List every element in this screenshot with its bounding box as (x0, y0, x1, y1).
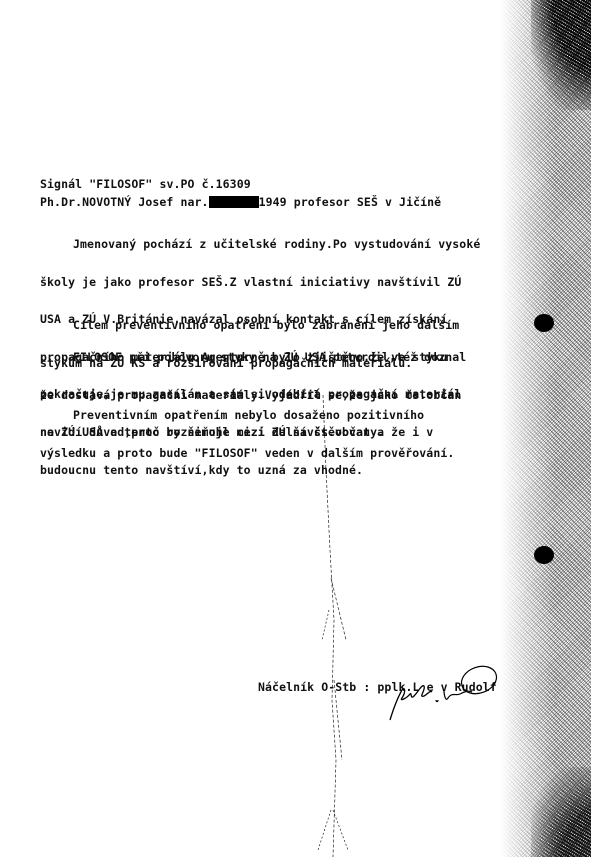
codename: "FILOSOF" (89, 177, 152, 191)
text-line: FILOSOF při pohovoru styky na ZÚ USA pot… (40, 351, 466, 364)
punch-hole-icon (534, 546, 554, 564)
paragraph-conclusion: Preventivním opatřením nebylo dosaženo p… (40, 384, 454, 484)
register-number: sv.PO č.16309 (159, 177, 250, 191)
text-line: školy je jako profesor SEŠ.Z vlastní ini… (40, 276, 480, 289)
text-line: Jmenovaný pochází z učitelské rodiny.Po … (40, 238, 480, 251)
text-line: Preventivním opatřením nebylo dosaženo p… (40, 409, 454, 422)
scanned-document-page: Signál "FILOSOF" sv.PO č.16309 Ph.Dr.NOV… (0, 0, 591, 857)
text-line: výsledku a proto bude "FILOSOF" veden v … (40, 447, 454, 460)
handwritten-signature-icon (372, 662, 502, 724)
scan-edge-dark-top (531, 0, 591, 110)
signal-line: Signál "FILOSOF" sv.PO č.16309 (40, 178, 251, 191)
scan-edge-dark-bottom (531, 767, 591, 857)
punch-hole-icon (534, 314, 554, 332)
scan-edge-noise (501, 0, 591, 857)
subject-name: Ph.Dr.NOVOTNÝ Josef nar. (40, 195, 209, 209)
signal-label: Signál (40, 177, 82, 191)
subject-details: 1949 profesor SEŠ v Jičíně (259, 195, 442, 209)
subject-line: Ph.Dr.NOVOTNÝ Josef nar.1949 profesor SE… (40, 196, 441, 209)
redaction-bar (209, 196, 259, 208)
